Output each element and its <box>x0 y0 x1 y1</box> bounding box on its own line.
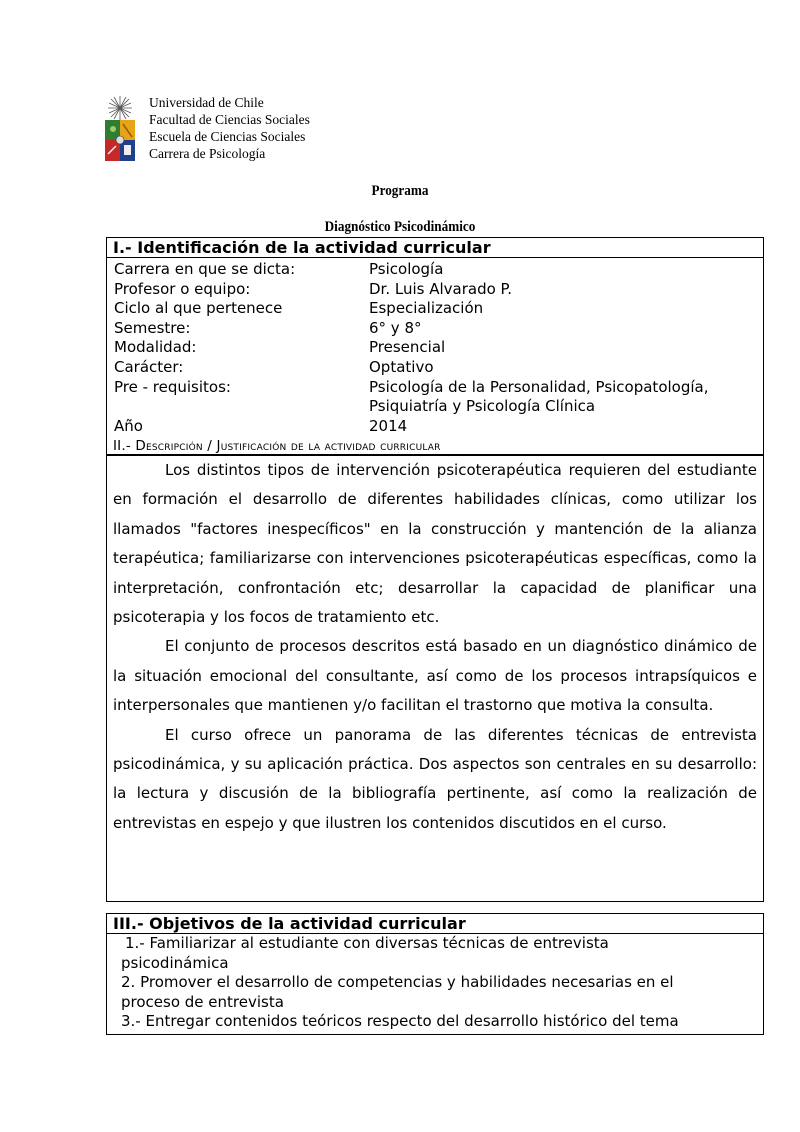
table-row: Ciclo al que pertenece Especialización <box>114 299 763 319</box>
row-label: Profesor o equipo: <box>114 280 369 300</box>
description-body: Los distintos tipos de intervención psic… <box>107 456 763 838</box>
objective-line: 2. Promover el desarrollo de competencia… <box>121 973 763 993</box>
row-value: Presencial <box>369 338 445 358</box>
row-label: Año <box>114 417 369 437</box>
objective-line: 3.- Entregar contenidos teóricos respect… <box>121 1012 763 1032</box>
school-name: Escuela de Ciencias Sociales <box>149 128 310 145</box>
section-heading: II.- Descripción / Justificación de la a… <box>107 437 763 456</box>
row-label: Carrera en que se dicta: <box>114 260 369 280</box>
identification-section: I.- Identificación de la actividad curri… <box>106 237 764 455</box>
row-label: Carácter: <box>114 358 369 378</box>
objective-line: proceso de entrevista <box>121 993 763 1013</box>
university-name: Universidad de Chile <box>149 94 310 111</box>
row-value: Dr. Luis Alvarado P. <box>369 280 512 300</box>
objectives-section: III.- Objetivos de la actividad curricul… <box>106 913 764 1035</box>
section-heading: III.- Objetivos de la actividad curricul… <box>107 914 763 934</box>
document-title: Programa <box>48 183 752 200</box>
row-value: 6° y 8° <box>369 319 422 339</box>
row-value: Especialización <box>369 299 483 319</box>
institution-lines: Universidad de Chile Facultad de Ciencia… <box>149 94 310 166</box>
row-label: Ciclo al que pertenece <box>114 299 369 319</box>
objectives-list: 1.- Familiarizar al estudiante con diver… <box>107 934 763 1032</box>
career-name: Carrera de Psicología <box>149 145 310 162</box>
paragraph: El conjunto de procesos descritos está b… <box>113 632 757 720</box>
institution-header: Universidad de Chile Facultad de Ciencia… <box>103 94 310 166</box>
course-title: Diagnóstico Psicodinámico <box>48 219 752 236</box>
row-value: Psicología <box>369 260 443 280</box>
table-row: Semestre: 6° y 8° <box>114 319 763 339</box>
university-crest-icon <box>103 94 137 166</box>
row-value: Optativo <box>369 358 434 378</box>
objective-line: 1.- Familiarizar al estudiante con diver… <box>125 934 763 954</box>
section-heading: I.- Identificación de la actividad curri… <box>107 238 763 258</box>
paragraph: Los distintos tipos de intervención psic… <box>113 456 757 632</box>
row-label: Pre - requisitos: <box>114 378 369 417</box>
table-row: Año 2014 <box>114 417 763 437</box>
description-section: II.- Descripción / Justificación de la a… <box>106 437 764 902</box>
row-label: Modalidad: <box>114 338 369 358</box>
row-label: Semestre: <box>114 319 369 339</box>
identification-table: Carrera en que se dicta: Psicología Prof… <box>107 258 763 436</box>
paragraph: El curso ofrece un panorama de las difer… <box>113 721 757 839</box>
table-row: Pre - requisitos: Psicología de la Perso… <box>114 378 763 417</box>
table-row: Profesor o equipo: Dr. Luis Alvarado P. <box>114 280 763 300</box>
table-row: Carácter: Optativo <box>114 358 763 378</box>
objective-line: psicodinámica <box>121 954 763 974</box>
faculty-name: Facultad de Ciencias Sociales <box>149 111 310 128</box>
table-row: Modalidad: Presencial <box>114 338 763 358</box>
row-value: Psicología de la Personalidad, Psicopato… <box>369 378 709 417</box>
table-row: Carrera en que se dicta: Psicología <box>114 260 763 280</box>
row-value: 2014 <box>369 417 407 437</box>
